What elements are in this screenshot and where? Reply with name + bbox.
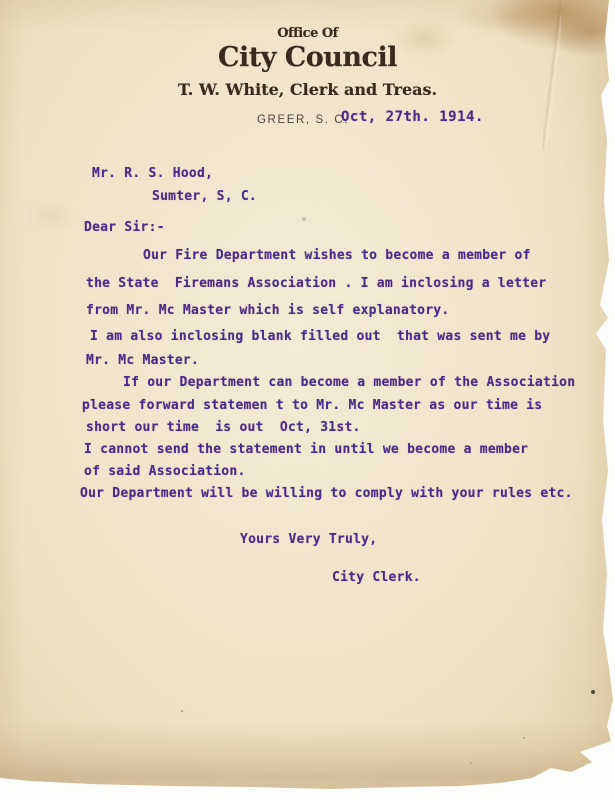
letter-line: the State Firemans Association . I am in… xyxy=(86,276,546,291)
letterhead-organization: City Council xyxy=(0,42,615,73)
letter-line: from Mr. Mc Master which is self explana… xyxy=(86,303,449,318)
letter-line: If our Department can become a member of… xyxy=(123,375,575,390)
closing-valediction: Yours Very Truly, xyxy=(240,532,377,547)
letterhead-office-line: Office Of xyxy=(0,26,615,41)
scanned-letter: Office Of City Council T. W. White, Cler… xyxy=(0,0,615,800)
letter-line: please forward statemen t to Mr. Mc Mast… xyxy=(82,398,542,413)
letterhead-place: GREER, S. C. xyxy=(257,114,349,126)
letter-paper: Office Of City Council T. W. White, Cler… xyxy=(0,0,615,800)
letter-line: of said Association. xyxy=(84,464,246,479)
closing-signature: City Clerk. xyxy=(332,570,421,585)
salutation: Dear Sir:- xyxy=(84,220,165,235)
letter-line: I am also inclosing blank filled out tha… xyxy=(90,329,550,344)
letter-line: Our Fire Department wishes to become a m… xyxy=(143,248,531,263)
letter-line: Mr. Mc Master. xyxy=(86,353,199,368)
letter-line: I cannot send the statement in until we … xyxy=(84,442,528,457)
paper-specks xyxy=(0,0,2,2)
letter-line: short our time is out Oct, 31st. xyxy=(86,420,361,435)
letterhead-clerk-line: T. W. White, Clerk and Treas. xyxy=(0,80,615,99)
letter-date: Oct, 27th. 1914. xyxy=(341,109,484,125)
recipient-address: Sumter, S, C. xyxy=(152,189,257,204)
recipient-name: Mr. R. S. Hood, xyxy=(92,166,213,181)
letter-line: Our Department will be willing to comply… xyxy=(80,486,573,501)
paper-crease xyxy=(543,0,561,150)
